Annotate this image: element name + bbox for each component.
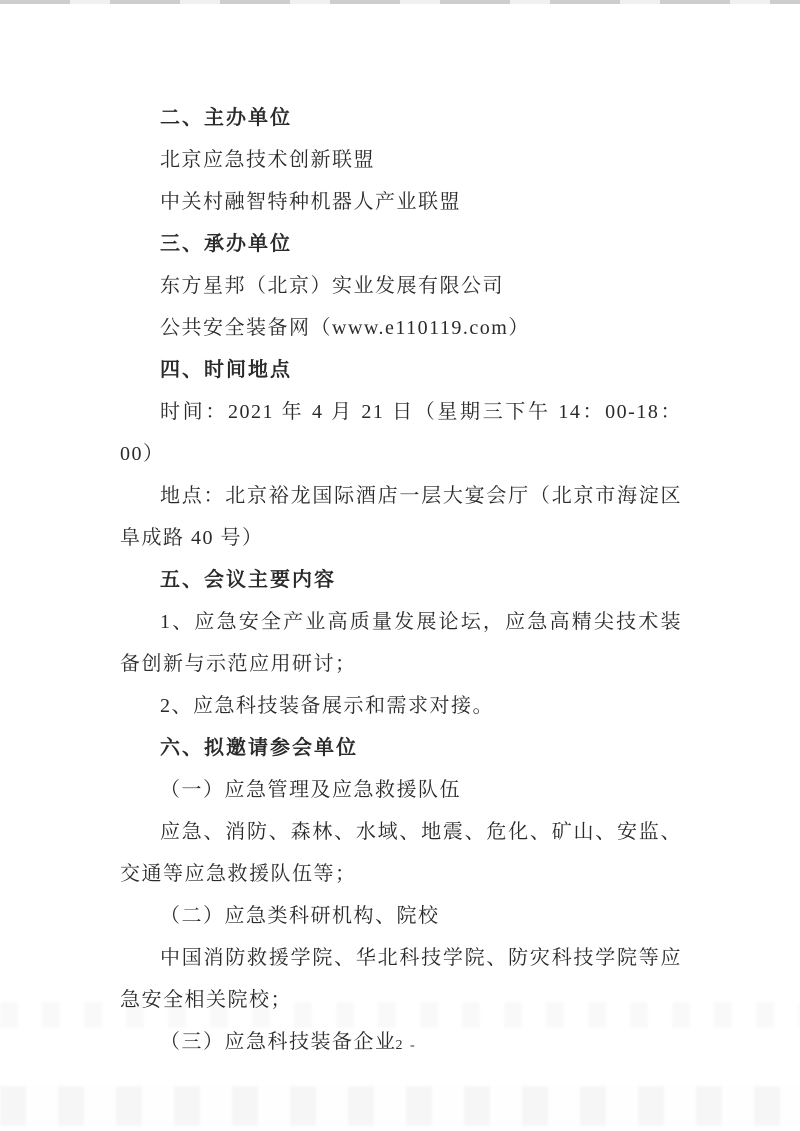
organizer-item: 中关村融智特种机器人产业联盟	[120, 181, 682, 223]
invitee-category-detail: 应急、消防、森林、水域、地震、危化、矿山、安监、交通等应急救援队伍等；	[120, 811, 682, 895]
scan-artifact-bleedthrough	[0, 1002, 800, 1028]
section-heading-undertakers: 三、承办单位	[120, 223, 682, 265]
section-heading-invitees: 六、拟邀请参会单位	[120, 727, 682, 769]
page-number: - 2 -	[0, 1038, 800, 1054]
section-heading-organizers: 二、主办单位	[120, 97, 682, 139]
undertaker-item: 公共安全装备网（www.e110119.com）	[120, 307, 682, 349]
section-heading-agenda: 五、会议主要内容	[120, 559, 682, 601]
document-page: 二、主办单位 北京应急技术创新联盟 中关村融智特种机器人产业联盟 三、承办单位 …	[0, 0, 800, 1131]
section-heading-time-place: 四、时间地点	[120, 349, 682, 391]
undertaker-item: 东方星邦（北京）实业发展有限公司	[120, 265, 682, 307]
scan-artifact-bleedthrough	[0, 1086, 800, 1126]
agenda-item: 1、应急安全产业高质量发展论坛，应急高精尖技术装备创新与示范应用研讨；	[120, 601, 682, 685]
invitee-category-title: （一）应急管理及应急救援队伍	[120, 769, 682, 811]
scan-artifact-top-edge	[0, 0, 800, 4]
organizer-item: 北京应急技术创新联盟	[120, 139, 682, 181]
agenda-item: 2、应急科技装备展示和需求对接。	[120, 685, 682, 727]
document-body: 二、主办单位 北京应急技术创新联盟 中关村融智特种机器人产业联盟 三、承办单位 …	[120, 97, 682, 1063]
invitee-category-title: （二）应急类科研机构、院校	[120, 895, 682, 937]
meeting-time: 时间：2021 年 4 月 21 日（星期三下午 14：00-18：00）	[120, 391, 682, 475]
meeting-place: 地点：北京裕龙国际酒店一层大宴会厅（北京市海淀区阜成路 40 号）	[120, 475, 682, 559]
